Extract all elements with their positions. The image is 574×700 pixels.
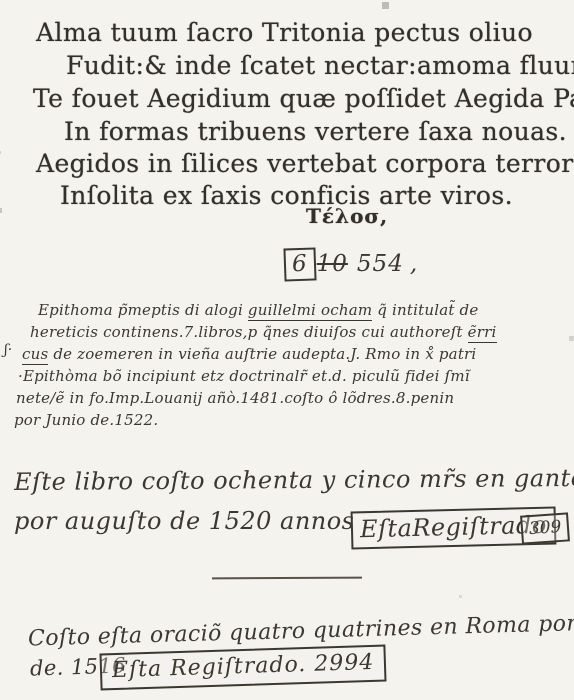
- poem-line: Aegidos in ſilices vertebat corpora terr…: [36, 151, 574, 176]
- scanned-book-page: Alma tuum ſacro Tritonia pectus oliuo Fu…: [0, 0, 574, 700]
- latin-note-line: hereticis continens.7.libros,p q̃nes diu…: [30, 323, 497, 341]
- poem-line: Fudit:& inde ſcatet nectar:amoma fluunt.: [66, 53, 574, 78]
- poem-line: In formas tribuens vertere ſaxa nouas.: [64, 119, 567, 144]
- poem-line: Alma tuum ſacro Tritonia pectus oliuo: [36, 20, 533, 45]
- shelfmark-number: 554: [357, 251, 404, 277]
- purchase-note-line: Coſto eſta oraciõ quatro quatrines en Ro…: [28, 610, 574, 652]
- esta-registrado-box: Eſta Regiſtrado. 2994: [99, 645, 386, 691]
- latin-note-text: hereticis continens.7.libros,p q̃nes diu…: [30, 323, 468, 341]
- latin-note-line: nete/ẽ in fo.Imp.Louanij añò.1481.coſto …: [16, 389, 454, 407]
- latin-note-line: cus de zoemeren in vieña auſtrie audepta…: [22, 345, 476, 363]
- underlined-author-name: guillelmi ocham: [248, 301, 372, 321]
- underlined-word: ẽrri: [468, 323, 497, 343]
- latin-note-line: Epithoma p̃meptis di alogi guillelmi och…: [38, 301, 478, 319]
- poem-line: Te fouet Aegidium quæ poſſidet Aegida Pa…: [33, 86, 574, 111]
- scan-artifacts: [0, 0, 1, 1]
- shelfmark-struck-number: 10: [317, 251, 348, 277]
- shelfmark: 610554,: [284, 248, 418, 281]
- registration-number-box: 309: [520, 512, 570, 544]
- poem-line: Inſolita ex ſaxis conficis arte viros.: [60, 183, 513, 208]
- greek-telos-colophon: Τέλοσ,: [306, 204, 388, 228]
- margin-brace-mark: ʃ·: [4, 343, 12, 358]
- latin-note-line: por Junio de.1522.: [14, 411, 158, 429]
- purchase-note-line: por auguſto de 1520 annos: [14, 507, 355, 535]
- underlined-word: cus: [22, 345, 48, 365]
- latin-note-line: ·Epithòma bõ incipiunt etz doctrinalr̃ e…: [18, 367, 470, 385]
- shelfmark-comma: ,: [410, 251, 418, 277]
- purchase-note-line: Eſte libro coſto ochenta y cinco mr̃s en…: [14, 464, 574, 496]
- latin-note-text: q̃ intitulat̃ de: [372, 301, 478, 319]
- shelfmark-boxed-digit: 6: [283, 247, 316, 281]
- latin-note-text: de zoemeren in vieña auſtrie audepta.J. …: [48, 345, 476, 363]
- latin-note-text: Epithoma p̃meptis di alogi: [38, 301, 248, 319]
- divider-line: [212, 577, 362, 580]
